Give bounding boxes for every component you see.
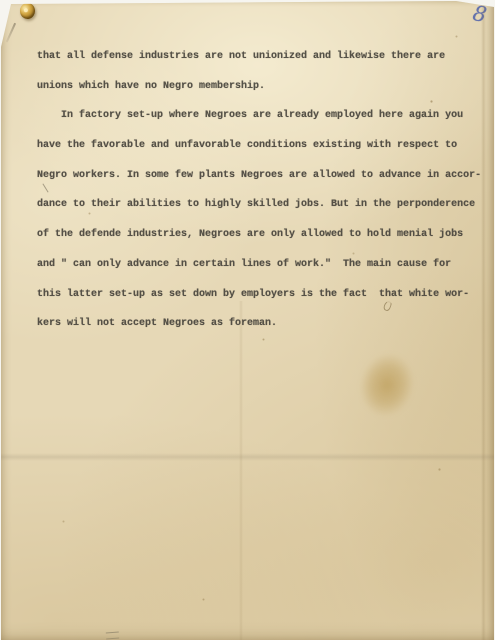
typewritten-line: kers will not accept Negroes as foreman. [37, 309, 495, 339]
typewritten-line: In factory set-up where Negroes are alre… [37, 101, 495, 131]
paper-specks [1, 1, 2, 2]
typewritten-text-block: that all defense industries are not unio… [37, 42, 495, 339]
typewritten-line: of the defende industries, Negroes are o… [37, 220, 495, 250]
brass-fastener-icon [19, 2, 36, 20]
typewritten-line: that all defense industries are not unio… [37, 42, 495, 72]
paper-sheet: 8 that all defense industries are not un… [1, 1, 494, 640]
pencil-mark [106, 632, 119, 640]
vertical-crease-right [481, 1, 486, 640]
scanned-document-screenshot: { "page": { "number": "8" }, "doc": { "l… [0, 0, 495, 640]
corner-scratch [6, 23, 16, 43]
typewritten-line: have the favorable and unfavorable condi… [37, 131, 495, 161]
vertical-crease-center [239, 301, 243, 640]
horizontal-fold-crease [1, 453, 494, 461]
typewritten-line: and " can only advance in certain lines … [37, 250, 495, 280]
typewritten-line: dance to their abilities to highly skill… [37, 190, 495, 220]
typewritten-line: this latter set-up as set down by employ… [37, 280, 495, 310]
water-stain [353, 347, 421, 422]
typewritten-line: unions which have no Negro membership. [37, 72, 495, 102]
typewritten-line: Negro workers. In some few plants Negroe… [37, 161, 495, 191]
